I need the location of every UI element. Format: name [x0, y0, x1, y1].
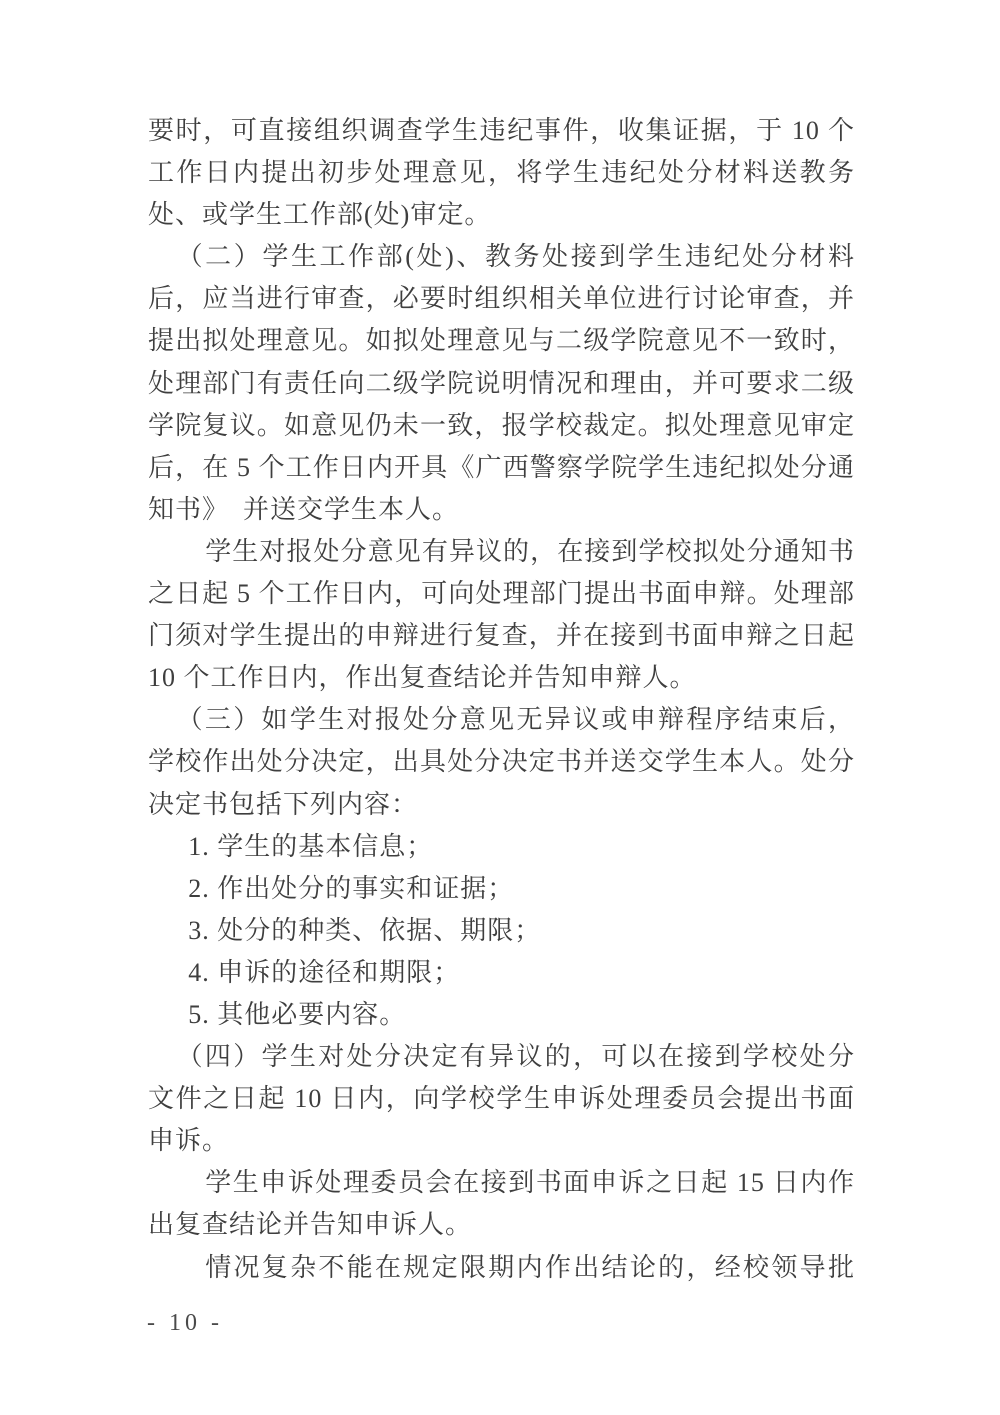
text-line: 工作日内提出初步处理意见，将学生违纪处分材料送教务: [148, 152, 855, 194]
paragraph: 学生申诉处理委员会在接到书面申诉之日起 15 日内作出复查结论并告知申诉人。: [148, 1162, 855, 1246]
list-item-paragraph: 4. 申诉的途径和期限；: [148, 952, 855, 994]
text-line: 2. 作出处分的事实和证据；: [148, 868, 855, 910]
text-line: 情况复杂不能在规定限期内作出结论的，经校领导批: [148, 1247, 855, 1289]
list-item-paragraph: 2. 作出处分的事实和证据；: [148, 868, 855, 910]
text-line: 学校作出处分决定，出具处分决定书并送交学生本人。处分: [148, 741, 855, 783]
text-line: 处理部门有责任向二级学院说明情况和理由，并可要求二级: [148, 363, 855, 405]
text-line: 后，应当进行审查，必要时组织相关单位进行讨论审查，并: [148, 278, 855, 320]
paragraph: （三）如学生对报处分意见无异议或申辩程序结束后，学校作出处分决定，出具处分决定书…: [148, 699, 855, 825]
text-line: 后，在 5 个工作日内开具《广西警察学院学生违纪拟处分通: [148, 447, 855, 489]
text-line: 4. 申诉的途径和期限；: [148, 952, 855, 994]
paragraph: （四）学生对处分决定有异议的，可以在接到学校处分文件之日起 10 日内，向学校学…: [148, 1036, 855, 1162]
list-item-paragraph: 3. 处分的种类、依据、期限；: [148, 910, 855, 952]
text-line: 提出拟处理意见。如拟处理意见与二级学院意见不一致时，: [148, 320, 855, 362]
text-line: （三）如学生对报处分意见无异议或申辩程序结束后，: [148, 699, 855, 741]
text-line: 知书》 并送交学生本人。: [148, 489, 855, 531]
text-line: 申诉。: [148, 1120, 855, 1162]
text-line: 处、或学生工作部(处)审定。: [148, 194, 855, 236]
paragraph: 情况复杂不能在规定限期内作出结论的，经校领导批: [148, 1247, 855, 1289]
text-line: 出复查结论并告知申诉人。: [148, 1204, 855, 1246]
text-line: （二）学生工作部(处)、教务处接到学生违纪处分材料: [148, 236, 855, 278]
text-line: 学生对报处分意见有异议的，在接到学校拟处分通知书: [148, 531, 855, 573]
document-body: 要时，可直接组织调查学生违纪事件，收集证据，于 10 个工作日内提出初步处理意见…: [148, 110, 855, 1289]
list-item-paragraph: 1. 学生的基本信息；: [148, 826, 855, 868]
document-page: 要时，可直接组织调查学生违纪事件，收集证据，于 10 个工作日内提出初步处理意见…: [0, 0, 1000, 1415]
text-line: 学院复议。如意见仍未一致，报学校裁定。拟处理意见审定: [148, 405, 855, 447]
text-line: 文件之日起 10 日内，向学校学生申诉处理委员会提出书面: [148, 1078, 855, 1120]
text-line: 学生申诉处理委员会在接到书面申诉之日起 15 日内作: [148, 1162, 855, 1204]
text-line: 3. 处分的种类、依据、期限；: [148, 910, 855, 952]
text-line: 门须对学生提出的申辩进行复查，并在接到书面申辩之日起: [148, 615, 855, 657]
text-line: 10 个工作日内，作出复查结论并告知申辩人。: [148, 657, 855, 699]
text-line: 决定书包括下列内容：: [148, 784, 855, 826]
page-number: - 10 -: [147, 1308, 223, 1338]
text-line: （四）学生对处分决定有异议的，可以在接到学校处分: [148, 1036, 855, 1078]
text-line: 5. 其他必要内容。: [148, 994, 855, 1036]
text-line: 要时，可直接组织调查学生违纪事件，收集证据，于 10 个: [148, 110, 855, 152]
text-line: 之日起 5 个工作日内，可向处理部门提出书面申辩。处理部: [148, 573, 855, 615]
list-item-paragraph: 5. 其他必要内容。: [148, 994, 855, 1036]
paragraph: 要时，可直接组织调查学生违纪事件，收集证据，于 10 个工作日内提出初步处理意见…: [148, 110, 855, 236]
paragraph: （二）学生工作部(处)、教务处接到学生违纪处分材料后，应当进行审查，必要时组织相…: [148, 236, 855, 531]
text-line: 1. 学生的基本信息；: [148, 826, 855, 868]
paragraph: 学生对报处分意见有异议的，在接到学校拟处分通知书之日起 5 个工作日内，可向处理…: [148, 531, 855, 699]
